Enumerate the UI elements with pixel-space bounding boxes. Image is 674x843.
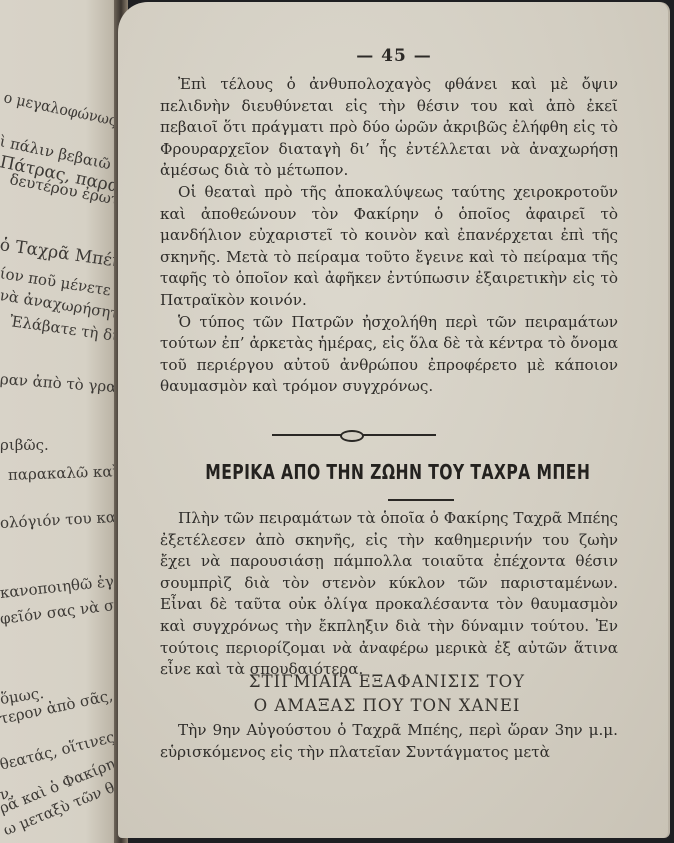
paragraph: Ἐπὶ τέλους ὁ ἀνθυπολοχαγὸς φθάνει καὶ μὲ… — [160, 74, 618, 182]
paragraph: Ὁ τύπος τῶν Πατρῶν ἠσχολήθη περὶ τῶν πει… — [160, 312, 618, 398]
left-page-fragment: ραν ἀπὸ τὸ γραφεῖον — [0, 370, 122, 399]
right-page: — 45 — Ἐπὶ τέλους ὁ ἀνθυπολοχαγὸς φθάνει… — [118, 2, 670, 838]
subheading-line-2: Ο ΑΜΑΞΑΣ ΠΟΥ ΤΟΝ ΧΑΝΕΙ — [158, 696, 616, 715]
left-page-fragment: ο μεγαλοφώνως, εἰς — [2, 88, 122, 136]
left-page-fragment: παρακαλῶ καὶ πότε — [8, 461, 122, 484]
divider-ornament — [340, 430, 364, 442]
paragraph: Οἱ θεαταὶ πρὸ τῆς ἀποκαλύψεως ταύτης χει… — [160, 182, 618, 312]
paragraph: Τὴν 9ην Αὐγούστου ὁ Ταχρᾶ Μπέης, περὶ ὥρ… — [160, 720, 618, 763]
facing-left-page: ο μεγαλοφώνως, εἰς ὶ πάλιν βεβαιῶ ὅτι Πά… — [0, 0, 122, 843]
subheading-line-1: ΣΤΙΓΜΙΑΙΑ ΕΞΑΦΑΝΙΣΙΣ ΤΟΥ — [158, 672, 616, 691]
section-body: Πλὴν τῶν πειραμάτων τὰ ὁποῖα ὁ Φακίρης Τ… — [160, 508, 618, 681]
section-title: ΜΕΡΙΚΑ ΑΠΟ ΤΗΝ ΖΩΗΝ ΤΟΥ ΤΑΧΡΑ ΜΠΕΗ — [205, 460, 540, 484]
title-underline — [388, 499, 454, 501]
paragraph: Πλὴν τῶν πειραμάτων τὰ ὁποῖα ὁ Φακίρης Τ… — [160, 508, 618, 681]
left-page-fragment: ριβῶς. — [0, 436, 49, 454]
left-page-fragment: ολόγιόν του καὶ λέγει — [0, 505, 122, 532]
page-number: — 45 — — [118, 46, 670, 66]
body-text-top: Ἐπὶ τέλους ὁ ἀνθυπολοχαγὸς φθάνει καὶ μὲ… — [160, 74, 618, 398]
final-paragraph-block: Τὴν 9ην Αὐγούστου ὁ Ταχρᾶ Μπέης, περὶ ὥρ… — [160, 720, 618, 763]
